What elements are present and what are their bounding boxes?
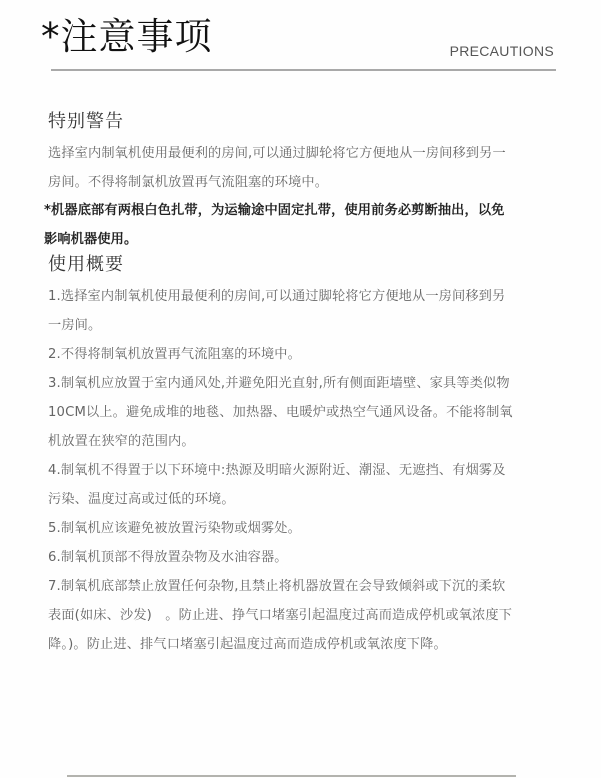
usage-line: 降。)。防止进、排气口堵塞引起温度过高而造成停机或氧浓度下降。 <box>48 630 558 659</box>
usage-line: 4.制氧机不得置于以下环境中:热源及明暗火源附近、潮湿、无遮挡、有烟雾及 <box>48 456 558 485</box>
header-divider <box>51 69 556 71</box>
usage-section-title: 使用概要 <box>48 253 124 277</box>
page-title: *注意事项 <box>41 14 213 60</box>
usage-line: 污染、温度过高或过低的环境。 <box>48 485 558 514</box>
usage-line: 一房间。 <box>48 311 558 340</box>
warning-section-title: 特别警告 <box>48 110 124 134</box>
precautions-page: *注意事项 PRECAUTIONS 特别警告 选择室内制氧机使用最便利的房间,可… <box>0 0 601 778</box>
warning-line: 选择室内制氧机使用最便利的房间,可以通过脚轮将它方便地从一房间移到另一 <box>48 139 558 168</box>
usage-line: 6.制氧机顶部不得放置杂物及水油容器。 <box>48 543 558 572</box>
usage-line: 2.不得将制氧机放置再气流阻塞的环境中。 <box>48 340 558 369</box>
usage-list: 1.选择室内制氧机使用最便利的房间,可以通过脚轮将它方便地从一房间移到另 一房间… <box>48 282 558 659</box>
usage-line: 机放置在狭窄的范围内。 <box>48 427 558 456</box>
usage-line: 1.选择室内制氧机使用最便利的房间,可以通过脚轮将它方便地从一房间移到另 <box>48 282 558 311</box>
bold-note-line: *机器底部有两根白色扎带，为运输途中固定扎带，使用前务必剪断抽出，以免 <box>44 196 554 225</box>
warning-line: 房间。不得将制氯机放置再气流阻塞的环境中。 <box>48 168 558 197</box>
usage-line: 3.制氧机应放置于室内通风处,并避免阳光直射,所有侧面距墙壁、家具等类似物 <box>48 369 558 398</box>
bold-note-line: 影响机器使用。 <box>44 225 554 254</box>
usage-line: 表面(如床、沙发) 。防止进、挣气口堵塞引起温度过高而造成停机或氧浓度下 <box>48 601 558 630</box>
warning-paragraph: 选择室内制氧机使用最便利的房间,可以通过脚轮将它方便地从一房间移到另一 房间。不… <box>48 139 558 197</box>
usage-line: 10CM以上。避免成堆的地毯、加热器、电暖炉或热空气通风设备。不能将制氧 <box>48 398 558 427</box>
usage-line: 5.制氧机应该避免被放置污染物或烟雾处。 <box>48 514 558 543</box>
footer-divider <box>67 775 516 777</box>
warning-bold-note: *机器底部有两根白色扎带，为运输途中固定扎带，使用前务必剪断抽出，以免 影响机器… <box>44 196 554 254</box>
page-subtitle: PRECAUTIONS <box>450 42 554 60</box>
usage-line: 7.制氧机底部禁止放置任何杂物,且禁止将机器放置在会导致倾斜或下沉的柔软 <box>48 572 558 601</box>
